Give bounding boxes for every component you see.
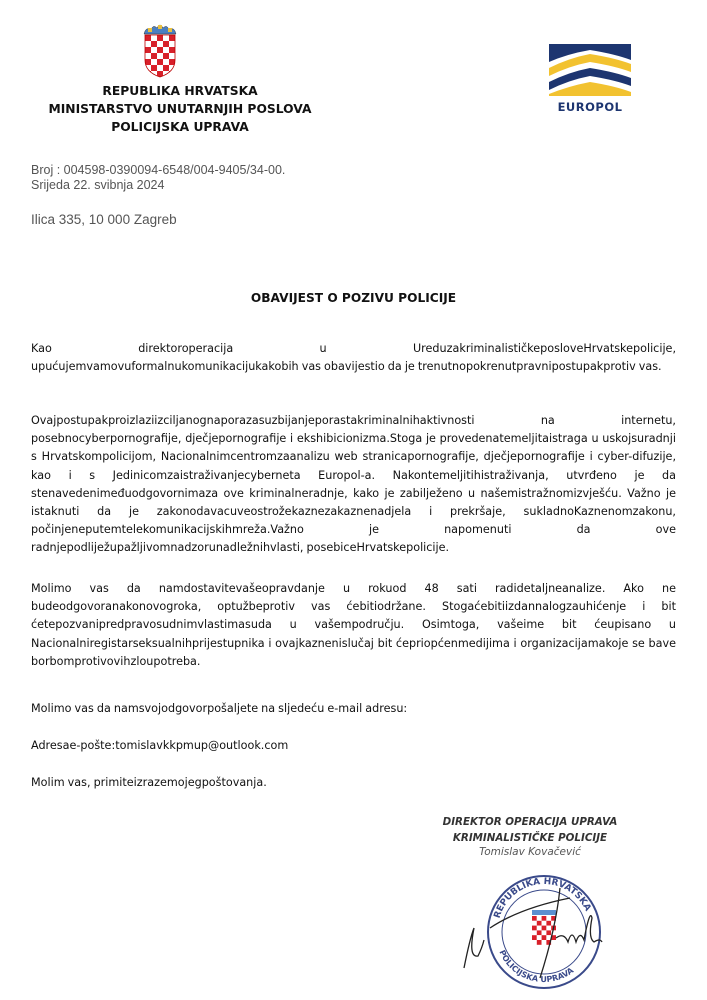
org-line-ministry: MINISTARSTVO UNUTARNJIH POSLOVA <box>40 100 320 118</box>
croatian-coat-of-arms-icon <box>140 22 180 78</box>
address: Ilica 335, 10 000 Zagreb <box>31 212 177 227</box>
signatory-title: DIREKTOR OPERACIJA UPRAVA KRIMINALISTIČK… <box>420 814 640 846</box>
signatory-title-line-1: DIREKTOR OPERACIJA UPRAVA <box>420 814 640 830</box>
document-date: Srijeda 22. svibnja 2024 <box>31 178 285 193</box>
official-stamp-icon: REPUBLIKA HRVATSKA POLICIJSKA UPRAVA <box>460 868 630 993</box>
document-title: OBAVIJEST O POZIVU POLICIJE <box>0 291 707 305</box>
document-meta: Broj : 004598-0390094-6548/004-9405/34-0… <box>31 163 285 193</box>
paragraph-reply-request: Molimo vas da namsvojodgovorpošaljete na… <box>31 700 676 718</box>
europol-logo-text: EUROPOL <box>545 100 635 114</box>
closing: Molim vas, primiteizrazemojegpoštovanja. <box>31 774 676 792</box>
signatory-name: Tomislav Kovačević <box>420 846 640 858</box>
signatory-title-line-2: KRIMINALISTIČKE POLICIJE <box>420 830 640 846</box>
europol-logo-icon <box>545 40 635 100</box>
issuing-organization: REPUBLIKA HRVATSKA MINISTARSTVO UNUTARNJ… <box>40 82 320 136</box>
svg-text:POLICIJSKA UPRAVA: POLICIJSKA UPRAVA <box>497 949 575 984</box>
europol-logo: EUROPOL <box>545 40 635 115</box>
paragraph-intro: Kao direktoroperacija u Ureduzakriminali… <box>31 340 676 376</box>
paragraph-investigation: Ovajpostupakproizlaziizciljanognaporazas… <box>31 412 676 558</box>
reference-number: Broj : 004598-0390094-6548/004-9405/34-0… <box>31 163 285 178</box>
paragraph-demand: Molimo vas da namdostavitevašeopravdanje… <box>31 580 676 671</box>
email-address[interactable]: Adresae-pošte:tomislavkkpmup@outlook.com <box>31 737 676 755</box>
org-line-country: REPUBLIKA HRVATSKA <box>40 82 320 100</box>
org-line-department: POLICIJSKA UPRAVA <box>40 118 320 136</box>
